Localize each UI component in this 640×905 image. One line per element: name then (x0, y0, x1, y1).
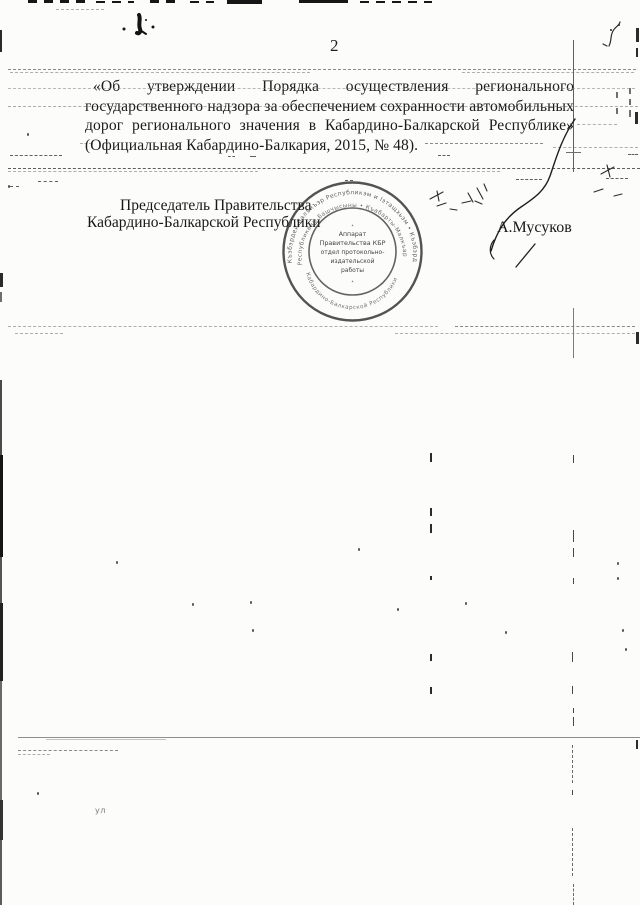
scan-artifact (0, 273, 3, 287)
scan-artifact (430, 453, 432, 462)
signer-name: А.Мусуков (497, 219, 572, 237)
scan-artifact (300, 171, 500, 172)
scan-artifact (0, 292, 2, 302)
scan-speck (622, 629, 624, 632)
scan-edge (0, 681, 2, 801)
scan-artifact (572, 686, 573, 694)
scan-artifact (573, 530, 574, 542)
scan-edge (0, 603, 3, 681)
stamp-center-line4: издательской (331, 258, 375, 265)
scan-artifact (572, 828, 573, 876)
scan-artifact (0, 30, 2, 52)
scan-artifact (636, 740, 638, 749)
scan-artifact (606, 178, 628, 179)
scan-artifact (8, 326, 438, 327)
official-round-stamp: Къэбэрдей-Балъкъэр Республикэм и Іэтащхь… (281, 179, 425, 325)
scan-artifact (38, 181, 58, 182)
scan-speck (192, 603, 194, 606)
scan-speck (116, 561, 118, 564)
stamp-mark-bottom: ٭ (351, 279, 354, 285)
stamp-center-line3: отдел протокольно- (321, 249, 385, 256)
scan-speck (252, 629, 254, 632)
scan-artifact (462, 72, 634, 73)
scan-artifact (150, 0, 178, 3)
scan-artifact (635, 112, 638, 124)
fold-line (573, 308, 574, 358)
scan-artifact (8, 168, 640, 169)
scan-artifact (573, 578, 574, 584)
scan-artifact (572, 790, 573, 795)
scan-artifact (430, 576, 432, 580)
scan-speck (465, 602, 467, 605)
scan-artifact (430, 654, 432, 661)
scan-artifact (573, 708, 574, 713)
scan-artifact (629, 110, 631, 117)
scan-artifact (636, 332, 639, 344)
scan-artifact (573, 548, 574, 557)
scan-artifact (18, 737, 640, 738)
scan-artifact (8, 88, 635, 89)
scan-artifact (573, 455, 574, 463)
scan-artifact (636, 28, 639, 42)
paragraph-line: дорог регионального значения в Кабардино… (85, 116, 574, 136)
scan-edge (0, 380, 2, 456)
paragraph-line: «Об утверждении Порядка осуществления ре… (85, 77, 574, 97)
scan-artifact (577, 124, 617, 125)
scan-edge (0, 557, 2, 603)
scan-artifact (28, 0, 86, 3)
stamp-center-line2: Правительства КБР (320, 239, 386, 247)
scan-edge (0, 840, 2, 905)
scan-artifact (573, 717, 574, 726)
ink-blot (123, 15, 155, 34)
scan-artifact (430, 524, 432, 533)
scan-artifact (18, 754, 50, 755)
scan-speck (250, 601, 252, 604)
scan-artifact (190, 1, 214, 3)
scan-artifact (395, 333, 635, 334)
scan-artifact (227, 0, 262, 4)
stamp-center-line5: работы (341, 267, 364, 274)
scan-artifact (299, 0, 348, 3)
scan-speck (397, 608, 399, 611)
scan-artifact (616, 92, 618, 98)
scan-artifact (573, 884, 574, 905)
margin-note: ул (95, 806, 106, 815)
scan-speck (8, 185, 10, 188)
scan-artifact (15, 333, 63, 334)
scan-artifact (636, 48, 638, 57)
scan-artifact (455, 326, 635, 327)
scan-edge (0, 800, 3, 840)
scan-artifact (10, 72, 310, 73)
scan-artifact (628, 154, 638, 155)
scan-artifact (10, 186, 19, 187)
scan-artifact (360, 1, 432, 3)
scan-artifact (10, 155, 62, 156)
scan-speck (37, 792, 39, 795)
scan-speck (625, 648, 627, 651)
scan-artifact (8, 69, 636, 70)
margin-squiggle (603, 22, 620, 46)
scan-artifact (516, 179, 542, 180)
scan-artifact (250, 156, 256, 157)
scan-artifact (629, 99, 631, 105)
document-scan: 2 «Об утверждении Порядка осуществления … (0, 0, 640, 905)
stamp-mark-top: ٭ (351, 223, 354, 229)
paragraph-line: (Официальная Кабардино-Балкария, 2015, №… (85, 136, 574, 156)
page-number: 2 (330, 36, 339, 56)
scan-speck (505, 631, 507, 634)
scan-edge (0, 455, 3, 557)
stamp-center-line1: Аппарат (339, 231, 367, 238)
scan-artifact (18, 750, 118, 751)
scan-artifact (572, 745, 573, 783)
scan-artifact (8, 171, 258, 172)
scan-speck (358, 548, 360, 551)
scan-artifact (8, 106, 638, 107)
scan-artifact (616, 108, 618, 114)
scan-artifact (572, 652, 573, 662)
scan-speck (617, 562, 619, 565)
scan-artifact (96, 1, 134, 3)
scan-artifact (430, 508, 432, 516)
scan-artifact (430, 687, 432, 694)
scan-speck (617, 577, 619, 580)
scan-speck (27, 133, 29, 136)
scan-artifact (228, 156, 235, 157)
scan-artifact (46, 739, 166, 740)
scan-artifact (56, 9, 104, 10)
